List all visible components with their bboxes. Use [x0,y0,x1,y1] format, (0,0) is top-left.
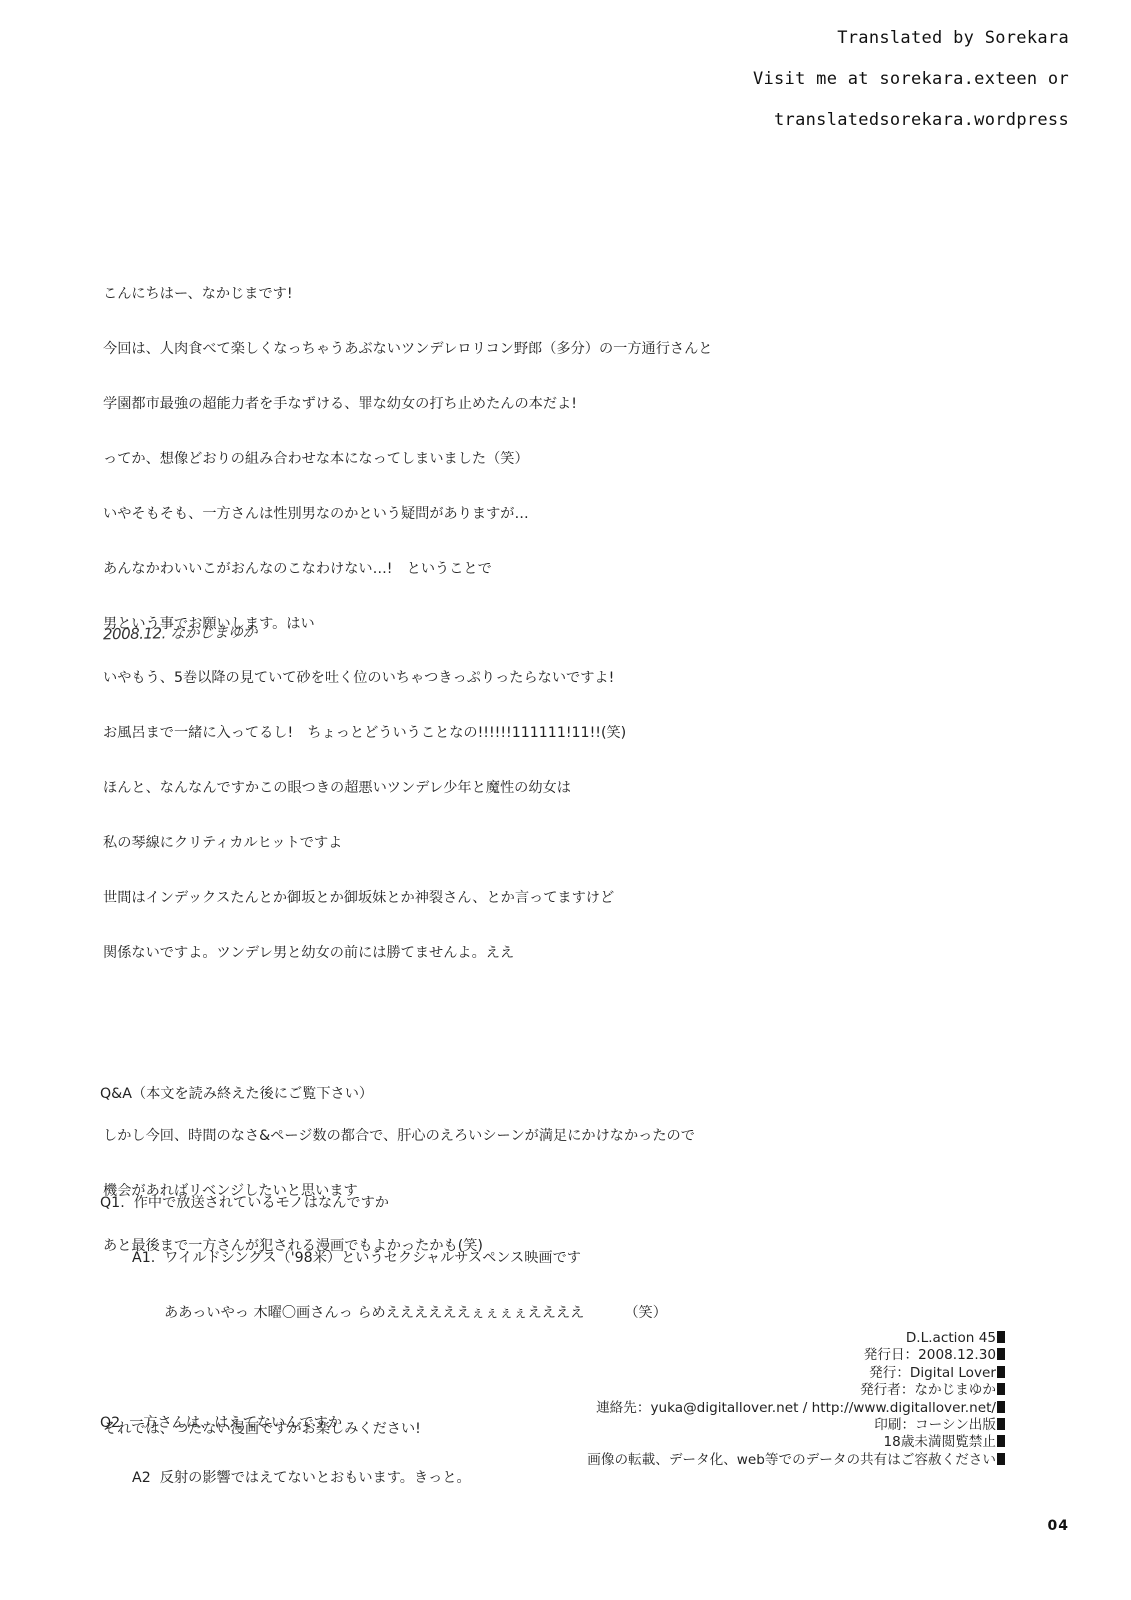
square-bullet-icon [997,1401,1005,1413]
square-bullet-icon [997,1366,1005,1378]
colophon-reproduction-notice: 画像の転載、データ化、web等でのデータの共有はご容赦ください [587,1452,1005,1469]
page-number: 04 [1048,1518,1069,1534]
qa-heading: Q&A（本文を読み終えた後にご覧下さい） [100,1085,667,1103]
text-line: いやそもそも、一方さんは性別男なのかという疑問がありますが… [103,505,713,523]
colophon-publish-date: 発行日：2008.12.30 [587,1347,1005,1364]
question-1: Q1. 作中で放送されているモノはなんですか [100,1194,667,1212]
text-line: あんなかわいいこがおんなのこなわけない…! ということで [103,560,713,578]
colophon: D.L.action 45 発行日：2008.12.30 発行：Digital … [587,1330,1005,1469]
colophon-contact: 連絡先：yuka@digitallover.net / http://www.d… [587,1400,1005,1417]
qa-section: Q&A（本文を読み終えた後にご覧下さい） Q1. 作中で放送されているモノはなん… [100,1048,667,1505]
credit-line-visit: Visit me at sorekara.exteen or [753,59,1069,100]
answer-2: A2 反射の影響ではえてないとおもいます。きっと。 [100,1469,667,1487]
translator-credits: Translated by Sorekara Visit me at sorek… [753,18,1069,141]
text-line: お風呂まで一緒に入ってるし! ちょっとどういうことなの!!!!!!111111!… [103,724,713,742]
laugh-mark: （笑） [624,1304,667,1322]
text-line: こんにちはー、なかじまです! [103,285,713,303]
colophon-publisher: 発行：Digital Lover [587,1365,1005,1382]
text-line: ほんと、なんなんですかこの眼つきの超悪いツンデレ少年と魔性の幼女は [103,779,713,797]
paragraph-gap [100,1359,667,1377]
colophon-issuer: 発行者：なかじまゆか [587,1382,1005,1399]
answer-1-continued: ああっいやっ 木曜〇画さんっ らめええええええぇぇぇぇええええ（笑） [100,1304,667,1322]
question-2: Q2 一方さんは、はえてないんですか [100,1414,667,1432]
credit-line-wordpress: translatedsorekara.wordpress [753,100,1069,141]
colophon-age-restriction: 18歳未満閲覧禁止 [587,1434,1005,1451]
handwritten-signature: 2008.12. なかじまゆか [103,621,257,645]
credit-line-translated-by: Translated by Sorekara [753,18,1069,59]
text-line: ってか、想像どおりの組み合わせな本になってしまいました（笑） [103,450,713,468]
text-line: 関係ないですよ。ツンデレ男と幼女の前には勝てませんよ。ええ [103,944,713,962]
square-bullet-icon [997,1418,1005,1430]
square-bullet-icon [997,1331,1005,1343]
answer-1: A1. ワイルドシングス（'98米）というセクシャルサスペンス映画です [100,1249,667,1267]
text-line: 学園都市最強の超能力者を手なずける、罪な幼女の打ち止めたんの本だよ! [103,395,713,413]
text-line: 今回は、人肉食べて楽しくなっちゃうあぶないツンデレロリコン野郎（多分）の一方通行… [103,340,713,358]
colophon-title: D.L.action 45 [587,1330,1005,1347]
paragraph-gap [100,1139,667,1157]
square-bullet-icon [997,1348,1005,1360]
text-line: 世間はインデックスたんとか御坂とか御坂妹とか神裂さん、とか言ってますけど [103,889,713,907]
answer-1-exclamation: ああっいやっ 木曜〇画さんっ らめええええええぇぇぇぇええええ [164,1305,584,1321]
text-line: いやもう、5巻以降の見ていて砂を吐く位のいちゃつきっぷりったらないですよ! [103,669,713,687]
square-bullet-icon [997,1383,1005,1395]
square-bullet-icon [997,1453,1005,1465]
text-line: 私の琴線にクリティカルヒットですよ [103,834,713,852]
square-bullet-icon [997,1435,1005,1447]
colophon-printer: 印刷：コーシン出版 [587,1417,1005,1434]
